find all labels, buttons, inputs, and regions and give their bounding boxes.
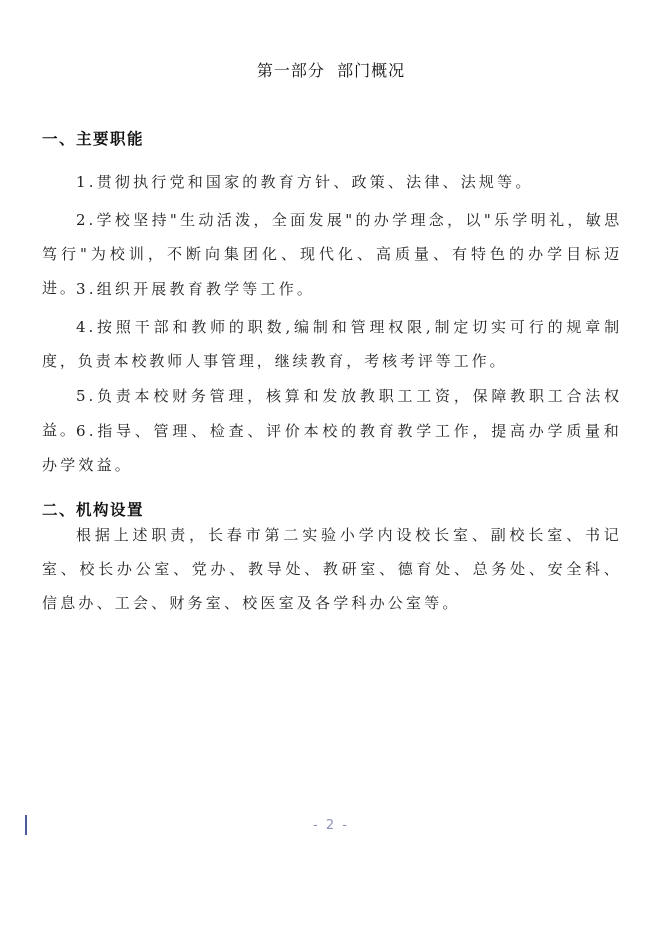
page-title: 第一部分 部门概况 — [0, 58, 662, 81]
section-heading-org-structure: 二、机构设置 — [42, 498, 144, 520]
paragraph-function-1: 1.贯彻执行党和国家的教育方针、政策、法律、法规等。 — [42, 165, 622, 199]
section-heading-main-functions: 一、主要职能 — [42, 127, 144, 149]
paragraph-function-6: 6.指导、管理、检查、评价本校的教育教学工作，提高办学质量和办学效益。 — [42, 414, 622, 482]
paragraph-function-4: 4.按照干部和教师的职数,编制和管理权限,制定切实可行的规章制度，负责本校教师人… — [42, 310, 622, 378]
page-number: - 2 - — [0, 818, 662, 833]
paragraph-org-structure: 根据上述职责，长春市第二实验小学内设校长室、副校长室、书记室、校长办公室、党办、… — [42, 518, 622, 620]
paragraph-function-3: 3.组织开展教育教学等工作。 — [42, 272, 622, 306]
